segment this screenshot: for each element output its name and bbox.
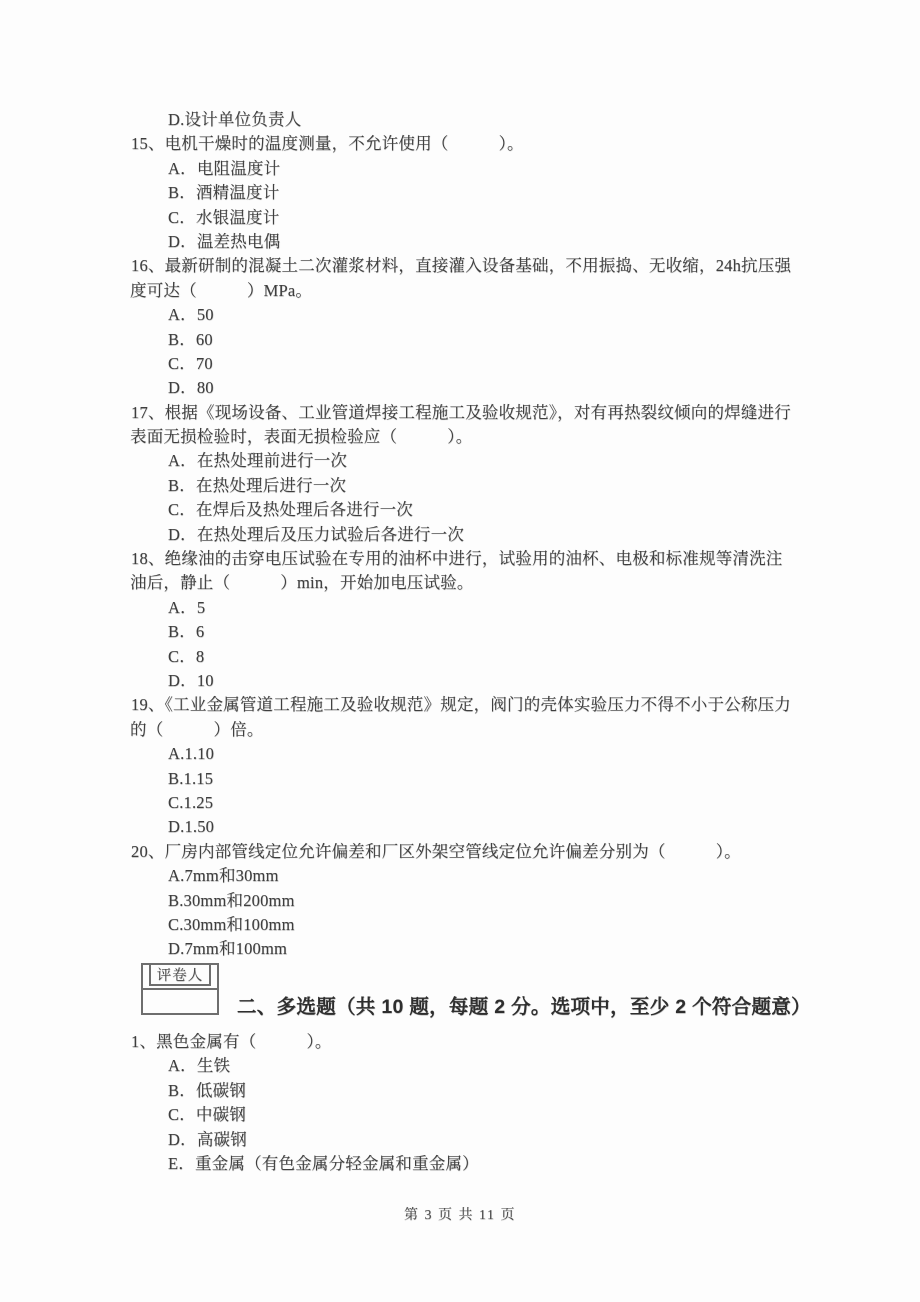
option-line: B．6 (130, 620, 798, 644)
option-line: B．在热处理后进行一次 (130, 474, 798, 498)
question-stem-continuation: 的（ ）倍。 (130, 718, 798, 742)
option-line: D．10 (130, 669, 798, 693)
option-line: C．8 (130, 645, 798, 669)
question-stem-continuation: 度可达（ ）MPa。 (130, 279, 798, 303)
option-line: D．高碳钢 (130, 1128, 798, 1152)
question-stem-continuation: 油后，静止（ ）min，开始加电压试验。 (130, 571, 798, 595)
question-stem-line: 20、厂房内部管线定位允许偏差和厂区外架空管线定位允许偏差分别为（ ）。 (130, 840, 798, 864)
option-line: B．60 (130, 328, 798, 352)
grader-label: 评卷人 (157, 964, 204, 985)
question-stem-line: 18、绝缘油的击穿电压试验在专用的油杯中进行，试验用的油杯、电极和标准规等清洗注 (130, 547, 798, 571)
single-choice-question-list: 15、电机干燥时的温度测量，不允许使用（ ）。A．电阻温度计B．酒精温度计C．水… (130, 132, 798, 961)
option-line: A．电阻温度计 (130, 157, 798, 181)
option-line: C．70 (130, 352, 798, 376)
multi-choice-question-area: 1、黑色金属有（ ）。A．生铁B．低碳钢C．中碳钢D．高碳钢E．重金属（有色金属… (130, 1030, 798, 1176)
option-line: D．80 (130, 376, 798, 400)
multi-choice-question-list: 1、黑色金属有（ ）。A．生铁B．低碳钢C．中碳钢D．高碳钢E．重金属（有色金属… (130, 1030, 798, 1176)
option-line: B．酒精温度计 (130, 181, 798, 205)
option-line: A．50 (130, 303, 798, 327)
option-line: D．在热处理后及压力试验后各进行一次 (130, 523, 798, 547)
grader-label-cell: 评卷人 (149, 965, 211, 986)
option-line: A．在热处理前进行一次 (130, 449, 798, 473)
option-line: D.7mm和100mm (130, 937, 798, 961)
question-stem-line: 19、《工业金属管道工程施工及验收规范》规定，阀门的壳体实验压力不得不小于公称压… (130, 693, 798, 717)
grader-score-cell (143, 990, 217, 1010)
option-line: C.30mm和100mm (130, 913, 798, 937)
grader-box: 评卷人 (141, 963, 219, 1015)
option-line: C．在焊后及热处理后各进行一次 (130, 498, 798, 522)
option-line: A．5 (130, 596, 798, 620)
single-choice-question-area: D.设计单位负责人 15、电机干燥时的温度测量，不允许使用（ ）。A．电阻温度计… (130, 108, 798, 962)
option-line: C.1.25 (130, 791, 798, 815)
option-line: C．水银温度计 (130, 206, 798, 230)
option-line: A.1.10 (130, 742, 798, 766)
question-stem-line: 16、最新研制的混凝土二次灌浆材料，直接灌入设备基础，不用振捣、无收缩，24h抗… (130, 254, 798, 278)
question-stem-continuation: 表面无损检验时，表面无损检验应（ ）。 (130, 425, 798, 449)
option-line: A.7mm和30mm (130, 864, 798, 888)
option-line: E．重金属（有色金属分轻金属和重金属） (130, 1152, 798, 1176)
question-stem-line: 17、根据《现场设备、工业管道焊接工程施工及验收规范》，对有再热裂纹倾向的焊缝进… (130, 401, 798, 425)
option-line: C．中碳钢 (130, 1103, 798, 1127)
page-footer: 第 3 页 共 11 页 (0, 1206, 920, 1226)
exam-page: D.设计单位负责人 15、电机干燥时的温度测量，不允许使用（ ）。A．电阻温度计… (0, 0, 920, 1302)
section-heading: 二、多选题（共 10 题，每题 2 分。选项中，至少 2 个符合题意） (237, 994, 811, 1020)
carryover-option: D.设计单位负责人 (130, 108, 798, 132)
option-line: B.1.15 (130, 767, 798, 791)
option-line: B．低碳钢 (130, 1079, 798, 1103)
option-line: B.30mm和200mm (130, 889, 798, 913)
option-line: D．温差热电偶 (130, 230, 798, 254)
option-line: D.1.50 (130, 815, 798, 839)
question-stem-line: 1、黑色金属有（ ）。 (130, 1030, 798, 1054)
question-stem-line: 15、电机干燥时的温度测量，不允许使用（ ）。 (130, 132, 798, 156)
option-line: A．生铁 (130, 1054, 798, 1078)
